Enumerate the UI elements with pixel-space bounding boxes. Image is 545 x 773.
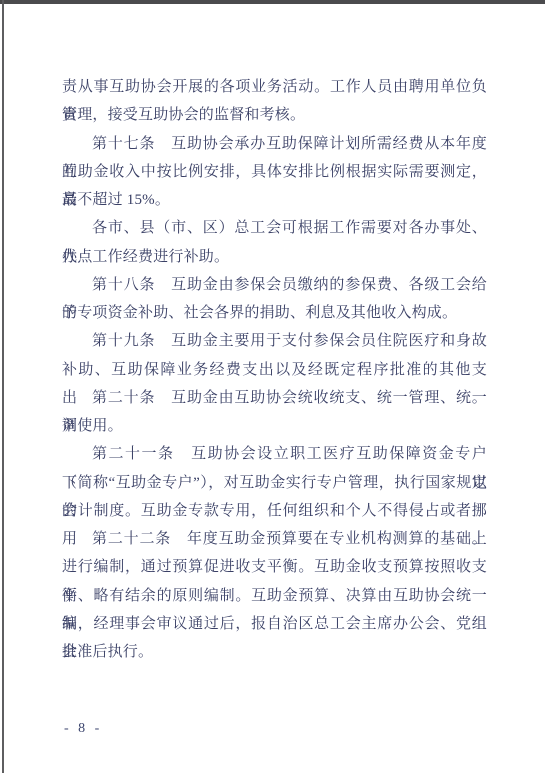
text-line: 衡、略有结余的原则编制。互助金预算、决算由互助协会统一编: [62, 582, 487, 610]
scan-left-edge: [2, 0, 4, 773]
text-line: 剂使用。: [62, 412, 487, 440]
scan-top-edge: [0, 0, 545, 4]
text-line: 制，经理事会审议通过后，报自治区总工会主席办公会、党组会: [62, 610, 487, 638]
text-line: 高不超过 15%。: [62, 186, 487, 214]
text-line: 责从事互助协会开展的各项业务活动。工作人员由聘用单位负责: [62, 73, 487, 101]
text-line: 补助、互助保障业务经费支出以及经既定程序批准的其他支出。: [62, 356, 487, 384]
text-line: 第二十一条 互助协会设立职工医疗互助保障资金专户（以: [62, 440, 487, 468]
text-line: 办点工作经费进行补助。: [62, 243, 487, 271]
text-line: 第二十二条 年度互助金预算要在专业机构测算的基础上: [62, 525, 487, 553]
text-line: 会计制度。互助金专款专用，任何组织和个人不得侵占或者挪用。: [62, 497, 487, 525]
text-line: 第十九条 互助金主要用于支付参保会员住院医疗和身故: [62, 327, 487, 355]
text-line: 互助金收入中按比例安排，具体安排比例根据实际需要测定，最: [62, 158, 487, 186]
scanned-document-page: { "page": { "background_color": "#ffffff…: [0, 0, 545, 773]
page-number: - 8 -: [64, 721, 102, 737]
text-line: 批准后执行。: [62, 638, 487, 666]
text-line: 第十七条 互助协会承办互助保障计划所需经费从本年度的: [62, 130, 487, 158]
text-line: 第十八条 互助金由参保会员缴纳的参保费、各级工会给予: [62, 271, 487, 299]
document-body: 责从事互助协会开展的各项业务活动。工作人员由聘用单位负责管理，接受互助协会的监督…: [62, 73, 487, 666]
text-line: 进行编制，通过预算促进收支平衡。互助金收支预算按照收支平: [62, 553, 487, 581]
text-line: 的专项资金补助、社会各界的捐助、利息及其他收入构成。: [62, 299, 487, 327]
text-line: 第二十条 互助金由互助协会统收统支、统一管理、统一调: [62, 384, 487, 412]
text-line: 下简称“互助金专户”），对互助金实行专户管理，执行国家规定的: [62, 469, 487, 497]
text-line: 各市、县（市、区）总工会可根据工作需要对各办事处、代: [62, 214, 487, 242]
text-line: 管理，接受互助协会的监督和考核。: [62, 101, 487, 129]
